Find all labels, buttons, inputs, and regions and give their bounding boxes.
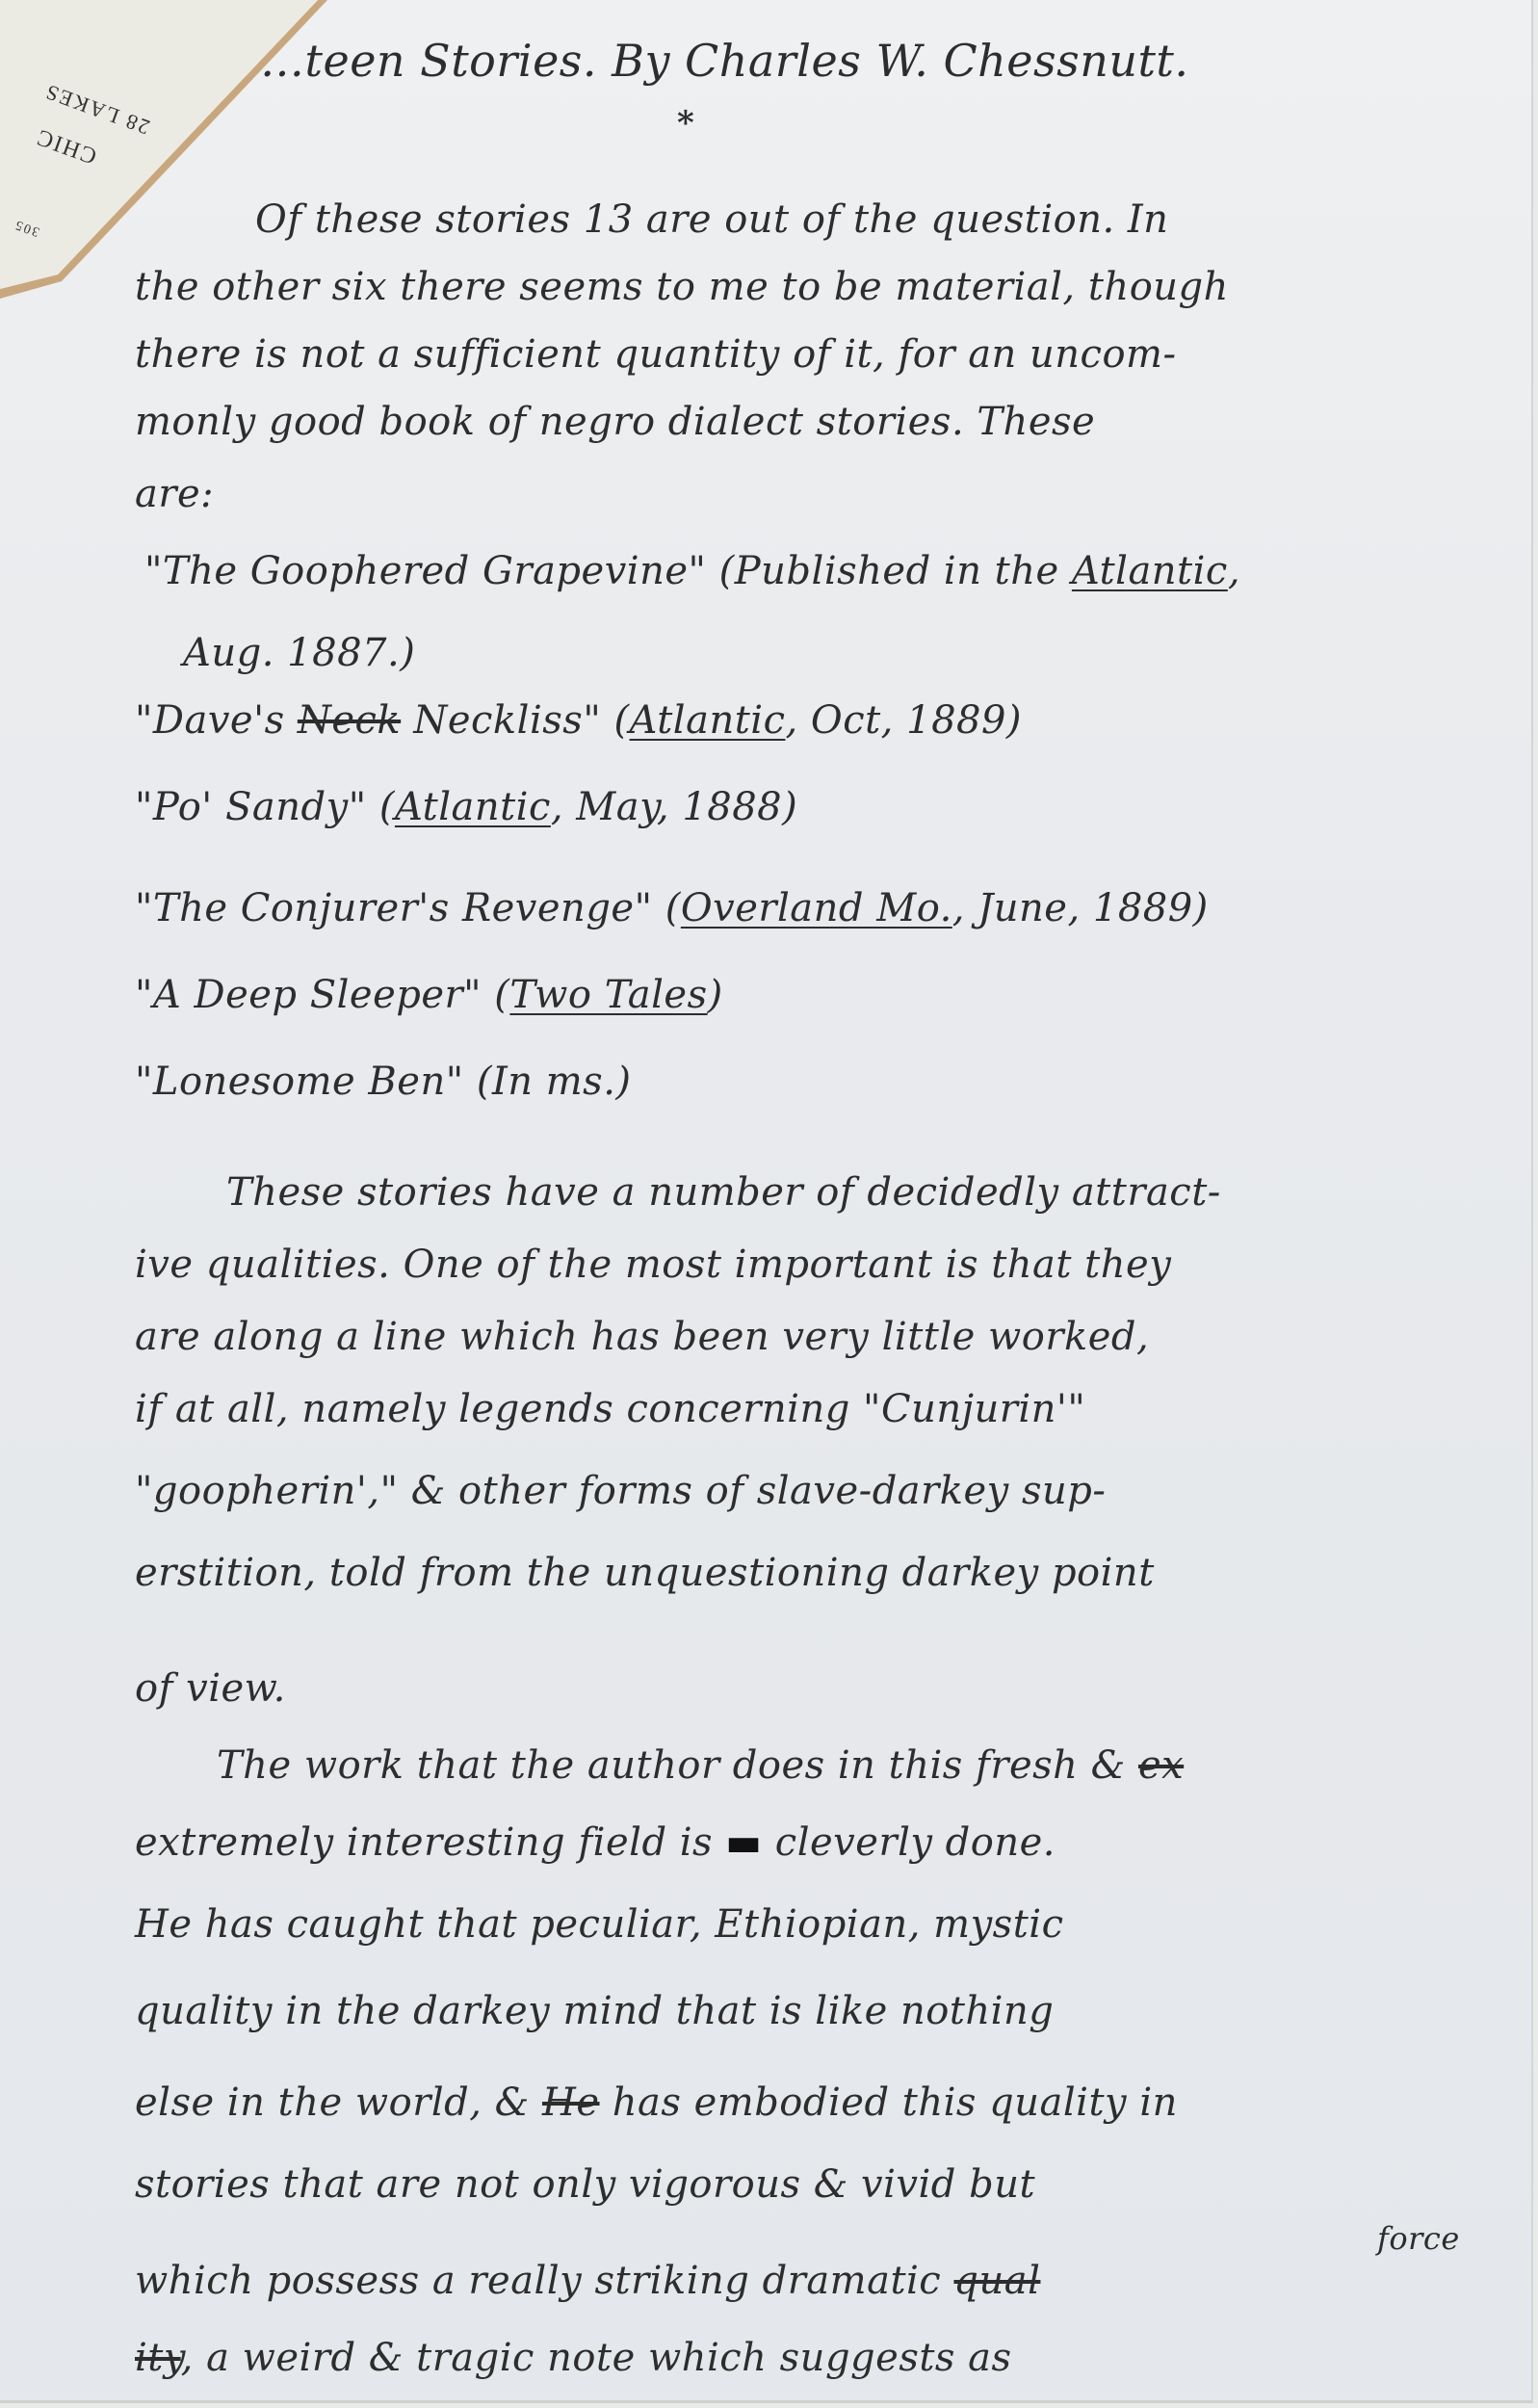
p3-line-3: He has caught that peculiar, Ethiopian, …: [135, 1902, 1063, 1947]
p1-line-4: monly good book of negro dialect stories…: [135, 400, 1095, 444]
story-item: "The Conjurer's Revenge" (Overland Mo., …: [135, 886, 1209, 930]
p1-line-2: the other six there seems to me to be ma…: [135, 265, 1229, 309]
p2-line-2: ive qualities. One of the most important…: [135, 1243, 1171, 1287]
p2-line-5: "goopherin'," & other forms of slave-dar…: [135, 1469, 1106, 1513]
p1-line-3: there is not a sufficient quantity of it…: [135, 332, 1176, 377]
p2-line-6: erstition, told from the unquestioning d…: [135, 1551, 1155, 1595]
story-item: "Po' Sandy" (Atlantic, May, 1888): [135, 785, 797, 829]
publication-name: Atlantic: [395, 785, 551, 829]
publication-name: Two Tales: [509, 973, 707, 1017]
p3-line-5: else in the world, & He has embodied thi…: [135, 2081, 1178, 2125]
story-item: "Dave's Neck Neckliss" (Atlantic, Oct, 1…: [135, 698, 1022, 743]
story-item: "The Goophered Grapevine" (Published in …: [144, 549, 1240, 593]
p3-line-4: quality in the darkey mind that is like …: [135, 1989, 1054, 2033]
manuscript-page: CHIC 28 LAKES 305 …teen Stories. By Char…: [0, 0, 1533, 2403]
ornament: *: [677, 104, 694, 143]
publication-name: Atlantic: [630, 698, 786, 743]
p2-line-3: are along a line which has been very lit…: [135, 1315, 1149, 1359]
insertion-word: force: [1377, 2220, 1460, 2257]
story-item: "A Deep Sleeper" (Two Tales): [135, 973, 723, 1017]
publication-name: Overland Mo.: [681, 886, 952, 930]
story-item-continuation: Aug. 1887.): [183, 631, 415, 675]
p3-line-2: extremely interesting field is ▬ cleverl…: [135, 1820, 1056, 1865]
p3-line-7: which possess a really striking dramatic…: [135, 2259, 1040, 2303]
p1-line-5: are:: [135, 472, 214, 516]
p1-line-1: Of these stories 13 are out of the quest…: [255, 197, 1168, 242]
struck-word: ex: [1138, 1743, 1184, 1788]
publication-name: Atlantic: [1072, 549, 1228, 593]
struck-word: ity: [135, 2336, 181, 2380]
struck-word: Neck: [298, 698, 401, 743]
p2-line-1: These stories have a number of decidedly…: [226, 1170, 1221, 1215]
p2-line-7: of view.: [135, 1666, 286, 1711]
story-title: "The Goophered Grapevine": [144, 549, 706, 593]
p2-line-4: if at all, namely legends concerning "Cu…: [135, 1387, 1085, 1431]
ink-blot: ▬: [725, 1820, 762, 1865]
p3-line-1: The work that the author does in this fr…: [217, 1743, 1184, 1788]
struck-word: qual: [953, 2259, 1040, 2303]
page-title: …teen Stories. By Charles W. Chessnutt.: [260, 35, 1189, 87]
story-item: "Lonesome Ben" (In ms.): [135, 1060, 632, 1104]
p3-line-8: ity, a weird & tragic note which suggest…: [135, 2336, 1012, 2380]
struck-word: He: [542, 2081, 600, 2125]
p3-line-6: stories that are not only vigorous & viv…: [135, 2162, 1035, 2207]
